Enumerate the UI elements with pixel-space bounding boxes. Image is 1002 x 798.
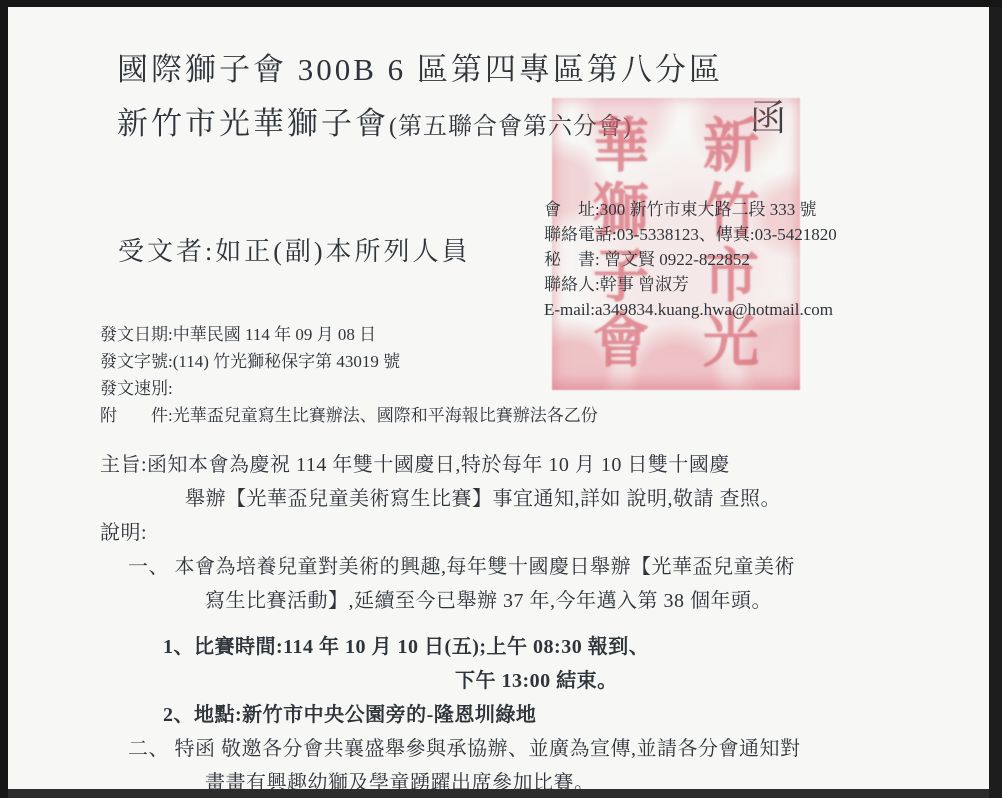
document-type-label: 函 <box>750 100 786 136</box>
body-line-subject-2: 舉辦【光華盃兒童美術寫生比賽】事宜通知,詳如 說明,敬請 查照。 <box>185 482 801 516</box>
body-line-explanation-heading: 說明: <box>100 516 801 550</box>
scanned-letter-page: 國際獅子會 300B 6 區第四專區第八分區 新竹市光華獅子會(第五聯合會第六分… <box>0 0 1002 798</box>
scan-edge-right <box>989 7 1002 798</box>
letterhead: 國際獅子會 300B 6 區第四專區第八分區 新竹市光華獅子會(第五聯合會第六分… <box>117 54 723 139</box>
body-line-location: 2、地點:新竹市中央公園旁的-隆恩圳綠地 <box>163 698 801 732</box>
recipient-line: 受文者:如正(副)本所列人員 <box>118 231 471 268</box>
dispatch-priority: 發文速別: <box>100 375 598 402</box>
contact-secretary: 秘 書: 曾文賢 0922-822852 <box>544 247 837 272</box>
dispatch-date: 發文日期:中華民國 114 年 09 月 08 日 <box>100 321 598 348</box>
body-line-subject-1: 主旨:函知本會為慶祝 114 年雙十國慶日,特於每年 10 月 10 日雙十國慶 <box>100 448 801 482</box>
body-line-time-end: 下午 13:00 結束。 <box>455 664 801 698</box>
club-name: 新竹市光華獅子會 <box>117 106 389 141</box>
body-line-item-2: 二、 特函 敬邀各分會共襄盛舉參與承協辦、並廣為宣傳,並請各分會通知對 <box>128 732 801 766</box>
body-line-time: 1、比賽時間:114 年 10 月 10 日(五);上午 08:30 報到、 <box>163 630 801 664</box>
letter-body: 主旨:函知本會為慶祝 114 年雙十國慶日,特於每年 10 月 10 日雙十國慶… <box>100 448 801 798</box>
dispatch-meta-block: 發文日期:中華民國 114 年 09 月 08 日 發文字號:(114) 竹光獅… <box>100 321 598 429</box>
body-line-item-1-wrap: 寫生比賽活動】,延續至今已舉辦 37 年,今年邁入第 38 個年頭。 <box>205 584 801 618</box>
organization-title-line1: 國際獅子會 300B 6 區第四專區第八分區 <box>117 54 723 85</box>
scan-edge-top <box>0 0 1002 7</box>
contact-info-block: 會 址:300 新竹市東大路二段 333 號 聯絡電話:03-5338123、傳… <box>544 197 837 322</box>
body-line-item-1: 一、 本會為培養兒童對美術的興趣,每年雙十國慶日舉辦【光華盃兒童美術 <box>128 550 801 584</box>
contact-phone-fax: 聯絡電話:03-5338123、傳真:03-5421820 <box>544 222 837 247</box>
club-subname: (第五聯合會第六分會) <box>389 114 632 140</box>
dispatch-attachments: 附 件:光華盃兒童寫生比賽辦法、國際和平海報比賽辦法各乙份 <box>100 402 598 429</box>
scan-edge-left <box>0 0 8 798</box>
organization-title-line2: 新竹市光華獅子會(第五聯合會第六分會) <box>117 108 723 139</box>
contact-email: E-mail:a349834.kuang.hwa@hotmail.com <box>544 297 837 322</box>
scan-edge-bottom <box>8 789 989 798</box>
contact-address: 會 址:300 新竹市東大路二段 333 號 <box>544 197 837 222</box>
contact-liaison: 聯絡人:幹事 曾淑芳 <box>544 272 837 297</box>
dispatch-number: 發文字號:(114) 竹光獅秘保字第 43019 號 <box>100 348 598 375</box>
